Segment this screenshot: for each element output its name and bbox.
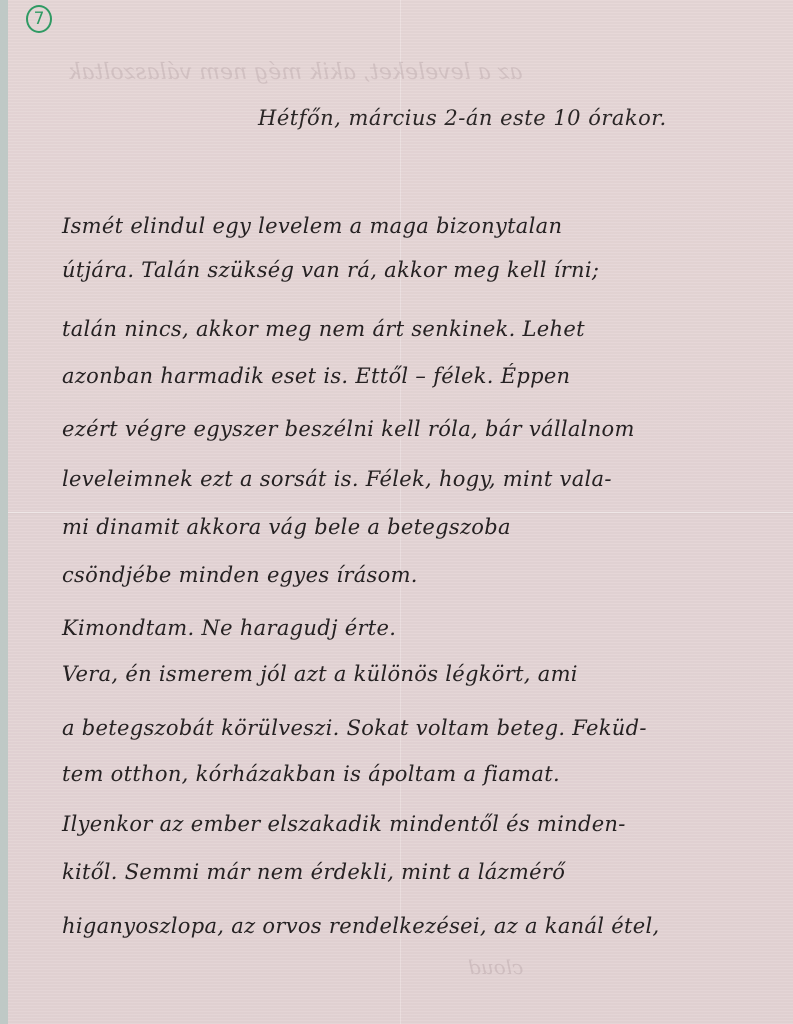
letter-line: Ilyenkor az ember elszakadik mindentől é… [62, 812, 626, 836]
letter-line: talán nincs, akkor meg nem árt senkinek.… [62, 317, 585, 341]
letter-line: azonban harmadik eset is. Ettől – félek.… [62, 364, 570, 388]
letter-dateline: Hétfőn, március 2-án este 10 órakor. [258, 106, 667, 130]
show-through-text: cloud [468, 955, 523, 979]
letter-line: a betegszobát körülveszi. Sokat voltam b… [62, 716, 647, 740]
letter-line: Vera, én ismerem jól azt a különös légkö… [62, 662, 578, 686]
show-through-text: az a leveleket, akik még nem válaszoltak [68, 60, 523, 85]
letter-page: az a leveleket, akik még nem válaszoltak… [8, 0, 793, 1024]
letter-line: ezért végre egyszer beszélni kell róla, … [62, 417, 635, 441]
page-number-circle: 7 [26, 5, 52, 33]
letter-line: tem otthon, kórházakban is ápoltam a fia… [62, 762, 560, 786]
letter-line: mi dinamit akkora vág bele a betegszoba [62, 515, 511, 539]
letter-line: Kimondtam. Ne haragudj érte. [62, 616, 396, 640]
letter-line: Ismét elindul egy levelem a maga bizonyt… [62, 214, 562, 238]
letter-line: leveleimnek ezt a sorsát is. Félek, hogy… [62, 467, 612, 491]
letter-line: kitől. Semmi már nem érdekli, mint a láz… [62, 860, 565, 884]
letter-line: csöndjébe minden egyes írásom. [62, 563, 418, 587]
letter-line: higanyoszlopa, az orvos rendelkezései, a… [62, 914, 659, 938]
letter-line: útjára. Talán szükség van rá, akkor meg … [62, 258, 599, 282]
